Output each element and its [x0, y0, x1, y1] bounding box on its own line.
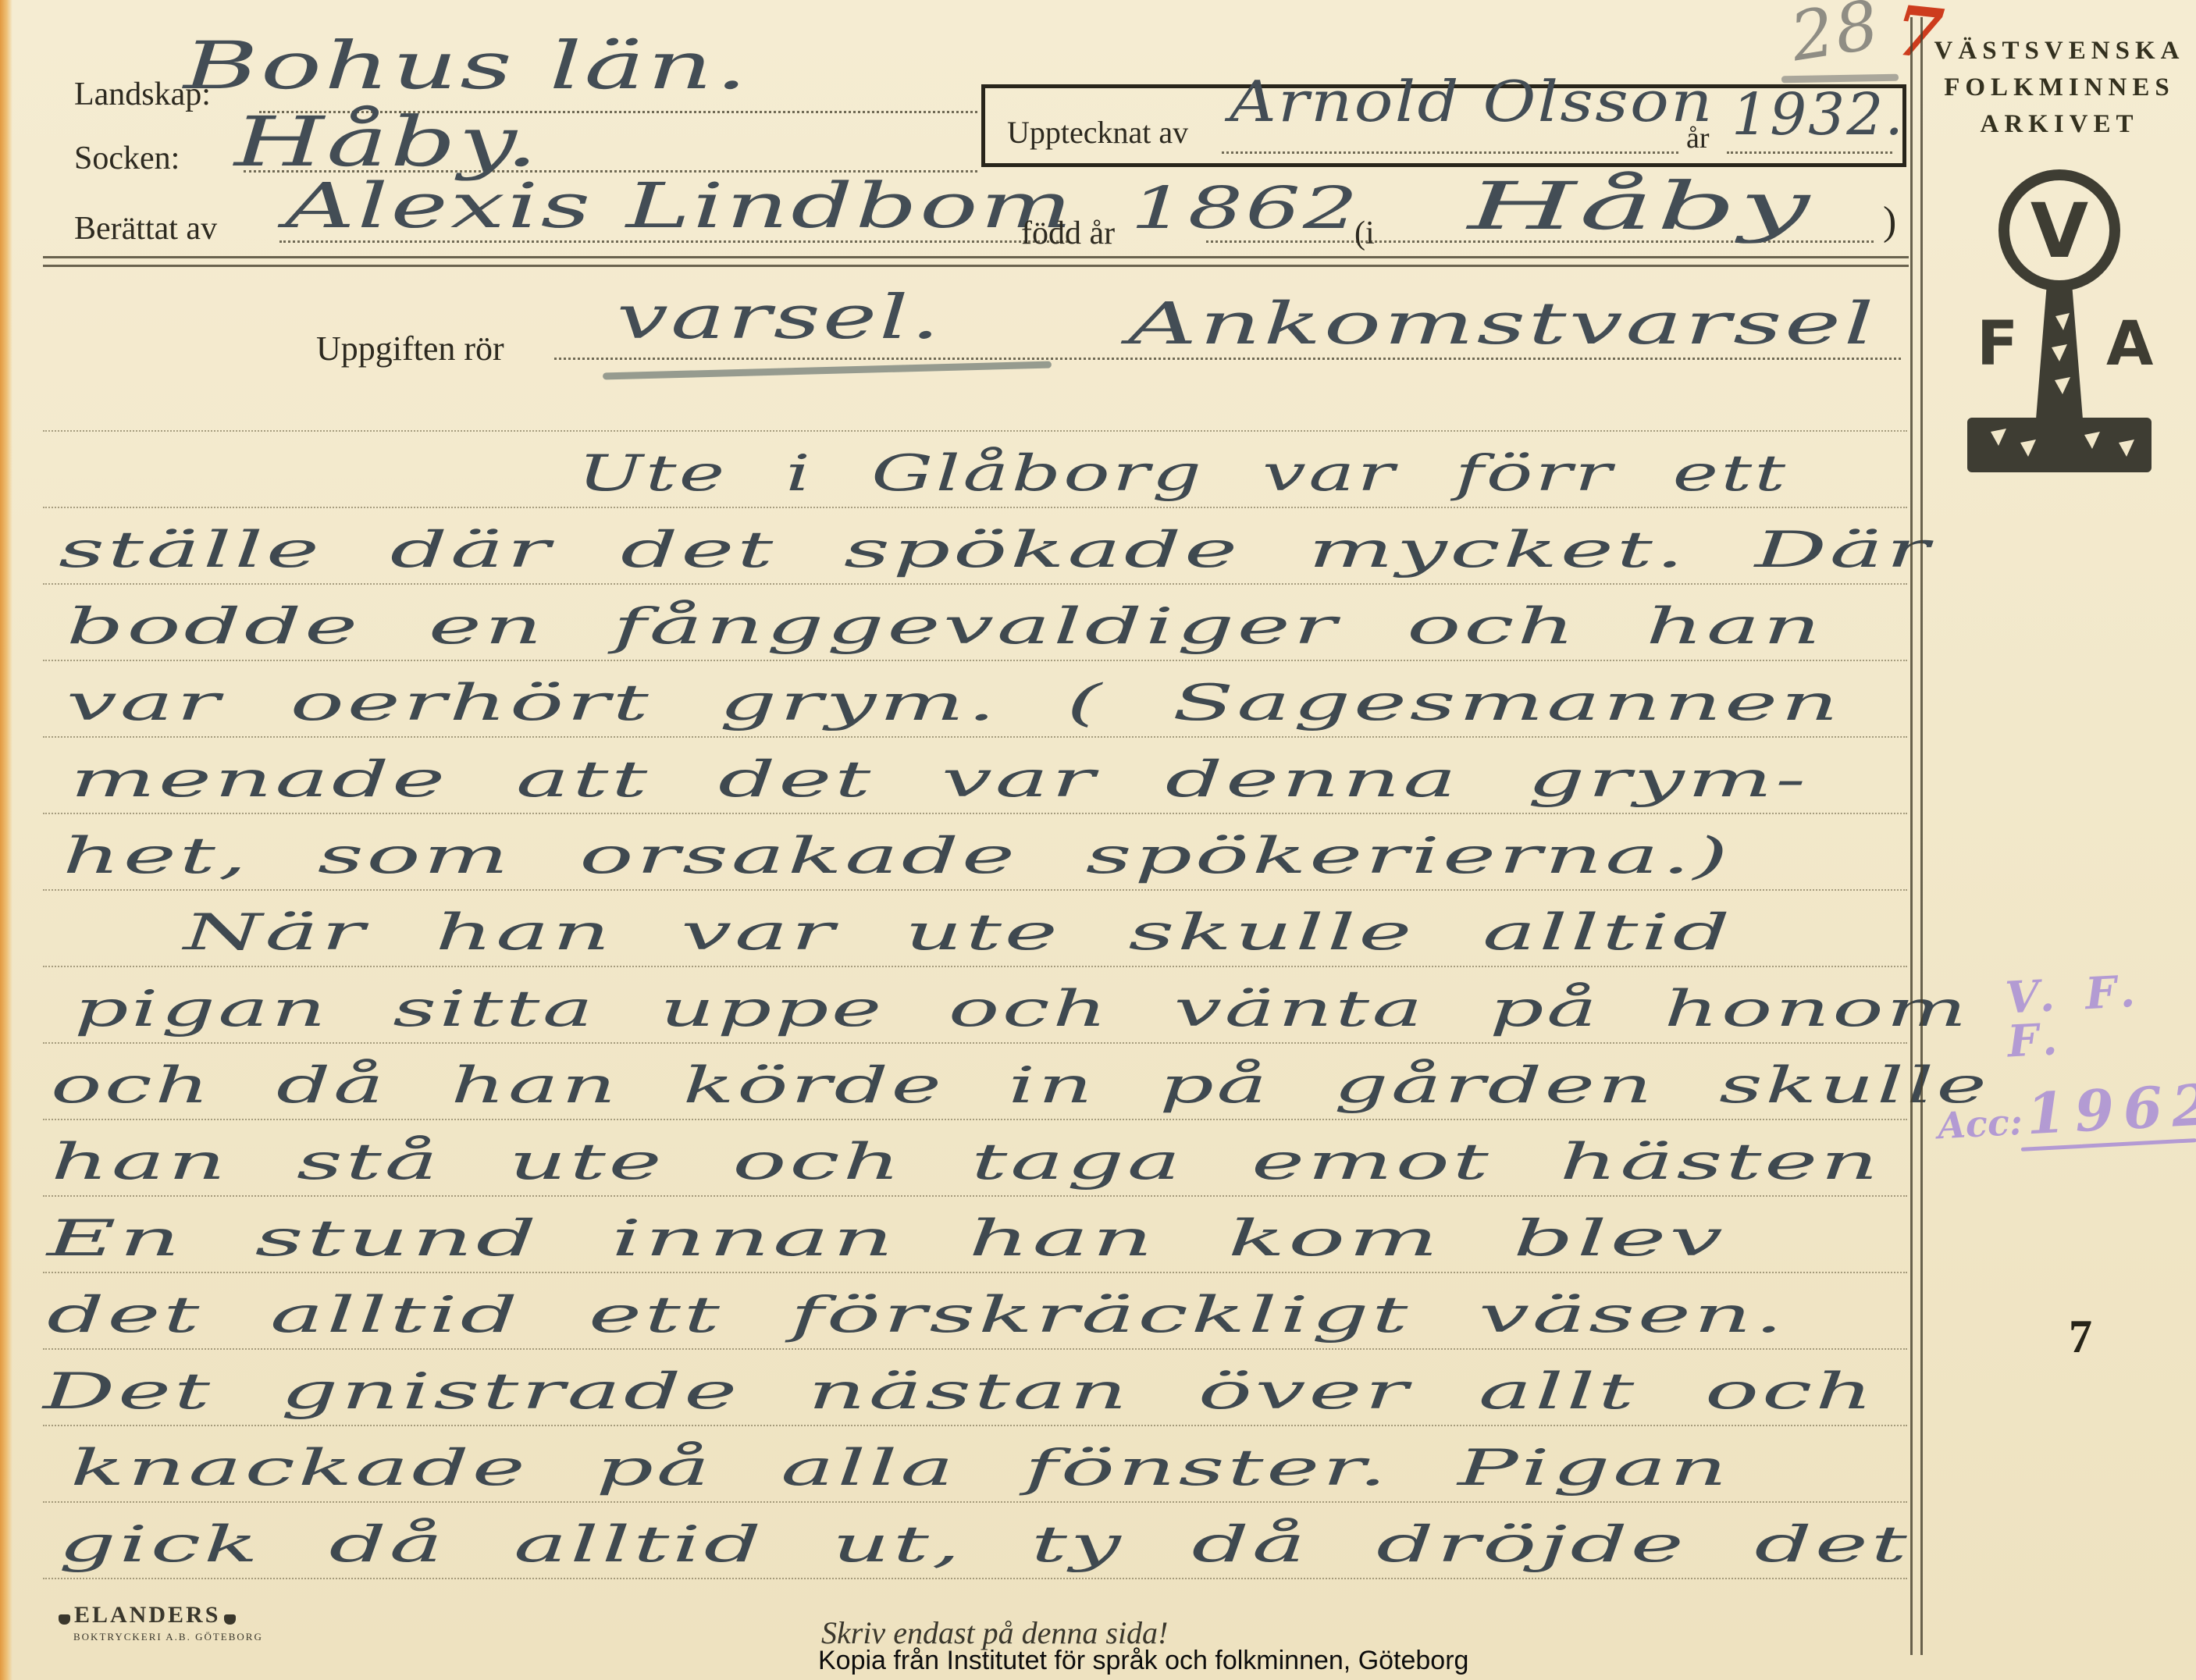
socken-label: Socken:	[74, 142, 180, 175]
ar-label: år	[1686, 123, 1710, 153]
logo-letter-f: F	[1977, 309, 2018, 379]
body-line: När han var ute skulle alltid	[183, 908, 1733, 958]
page-number: 7	[2069, 1310, 2092, 1364]
body-line: det alltid ett förskräckligt väsen.	[47, 1290, 1786, 1340]
printer-mark: ELANDERS BOKTRYCKERI A.B. GÖTEBORG	[55, 1602, 263, 1643]
body-line: han stå ute och taga emot hästen	[51, 1137, 1881, 1187]
stamp-acc-value: 1962	[2025, 1070, 2196, 1147]
ruled-line	[43, 813, 1907, 814]
ruled-line	[43, 430, 1907, 432]
ruled-line	[43, 889, 1907, 891]
ruled-line	[43, 1425, 1907, 1426]
margin-divider-line	[1920, 17, 1923, 1655]
body-line: och då han körde in på gården skulle	[51, 1061, 1989, 1111]
logo-letter-a: A	[2106, 309, 2153, 379]
body-line: var oerhört grym. ( Sagesmannen	[66, 678, 1842, 728]
copy-notice: Kopia från Institutet för språk och folk…	[818, 1646, 1468, 1676]
ruled-line	[43, 966, 1907, 967]
header-divider-line	[43, 265, 1909, 267]
printer-name-row: ELANDERS	[55, 1602, 263, 1628]
ruled-line	[43, 1119, 1907, 1120]
archive-name-line3: ARKIVET	[1925, 106, 2194, 143]
vfa-hammer-logo: V F A	[1928, 160, 2191, 496]
ruled-line	[43, 1501, 1907, 1503]
uppgiften-dotted-line	[554, 358, 1901, 360]
ruled-line	[43, 507, 1907, 508]
fodd-ar-value: 1862	[1130, 180, 1360, 237]
ruled-line	[43, 1348, 1907, 1350]
body-line: Ute i Glåborg var förr ett	[578, 449, 1788, 499]
ar-dotted-line	[1727, 151, 1892, 154]
paren-close: )	[1883, 201, 1896, 242]
accession-stamp: V. F. F. Acc: 1962	[1930, 966, 2196, 1156]
body-line: gick då alltid ut, ty då dröjde det	[59, 1520, 1909, 1570]
archive-name-line1: VÄSTSVENSKA	[1925, 33, 2194, 69]
ruled-line	[43, 1042, 1907, 1044]
ruled-line	[43, 1578, 1907, 1579]
i-label: (i	[1354, 217, 1375, 250]
archive-number-pencil: 28	[1786, 0, 1884, 71]
printer-subtitle: BOKTRYCKERI A.B. GÖTEBORG	[73, 1631, 263, 1643]
ruled-line	[43, 1195, 1907, 1197]
printer-name: ELANDERS	[74, 1602, 220, 1628]
body-line: Det gnistrade nästan över allt och	[43, 1367, 1876, 1417]
body-line: menade att det var denna grym-	[70, 755, 1809, 805]
archive-name-line2: FOLKMINNES	[1925, 69, 2194, 106]
landskap-value: Bohus län.	[183, 33, 749, 98]
archive-record-card: Landskap: Bohus län. Socken: Håby. Berät…	[0, 0, 2196, 1680]
i-value: Håby	[1468, 173, 1813, 239]
body-line: bodde en fånggevaldiger och han	[66, 602, 1824, 652]
ruled-line	[43, 660, 1907, 661]
upptecknat-value: Arnold Olsson	[1230, 73, 1714, 130]
body-line: ställe där det spökade mycket. Där	[59, 525, 1932, 575]
berattat-label: Berättat av	[74, 212, 217, 245]
uppgiften-value: varsel.	[617, 287, 942, 348]
varsel-underline	[603, 361, 1052, 379]
archive-name: VÄSTSVENSKA FOLKMINNES ARKIVET	[1925, 33, 2194, 143]
body-line: En stund innan han kom blev	[47, 1214, 1726, 1264]
ruled-line	[43, 736, 1907, 738]
stamp-accession-row: Acc: 1962	[1936, 1076, 2196, 1147]
uppgiften-value-secondary: Ankomstvarsel	[1128, 295, 1877, 353]
body-line: het, som orsakade spökerierna.)	[62, 831, 1731, 881]
body-line: knackade på alla fönster. Pigan	[70, 1443, 1730, 1493]
ruled-line	[43, 1272, 1907, 1273]
logo-letter-v: V	[2030, 187, 2088, 275]
margin-divider-line	[1910, 17, 1913, 1655]
printer-ornament-icon	[224, 1614, 236, 1625]
socken-value: Håby.	[234, 108, 540, 176]
stamp-initials: V. F. F.	[2004, 966, 2196, 1064]
upptecknat-dotted-line	[1222, 151, 1678, 154]
body-line: pigan sitta uppe och vänta på honom	[74, 984, 1970, 1034]
scan-edge	[0, 0, 12, 1680]
ar-value: 1932.	[1732, 86, 1905, 144]
header-divider-line	[43, 256, 1909, 258]
fodd-ar-label: född år	[1021, 217, 1115, 250]
printer-ornament-icon	[59, 1614, 70, 1625]
berattat-value: Alexis Lindbom	[285, 175, 1074, 237]
stamp-acc-label: Acc:	[1937, 1101, 2023, 1148]
ruled-line	[43, 583, 1907, 585]
uppgiften-label: Uppgiften rör	[316, 332, 504, 366]
upptecknat-label: Upptecknat av	[1007, 117, 1188, 148]
